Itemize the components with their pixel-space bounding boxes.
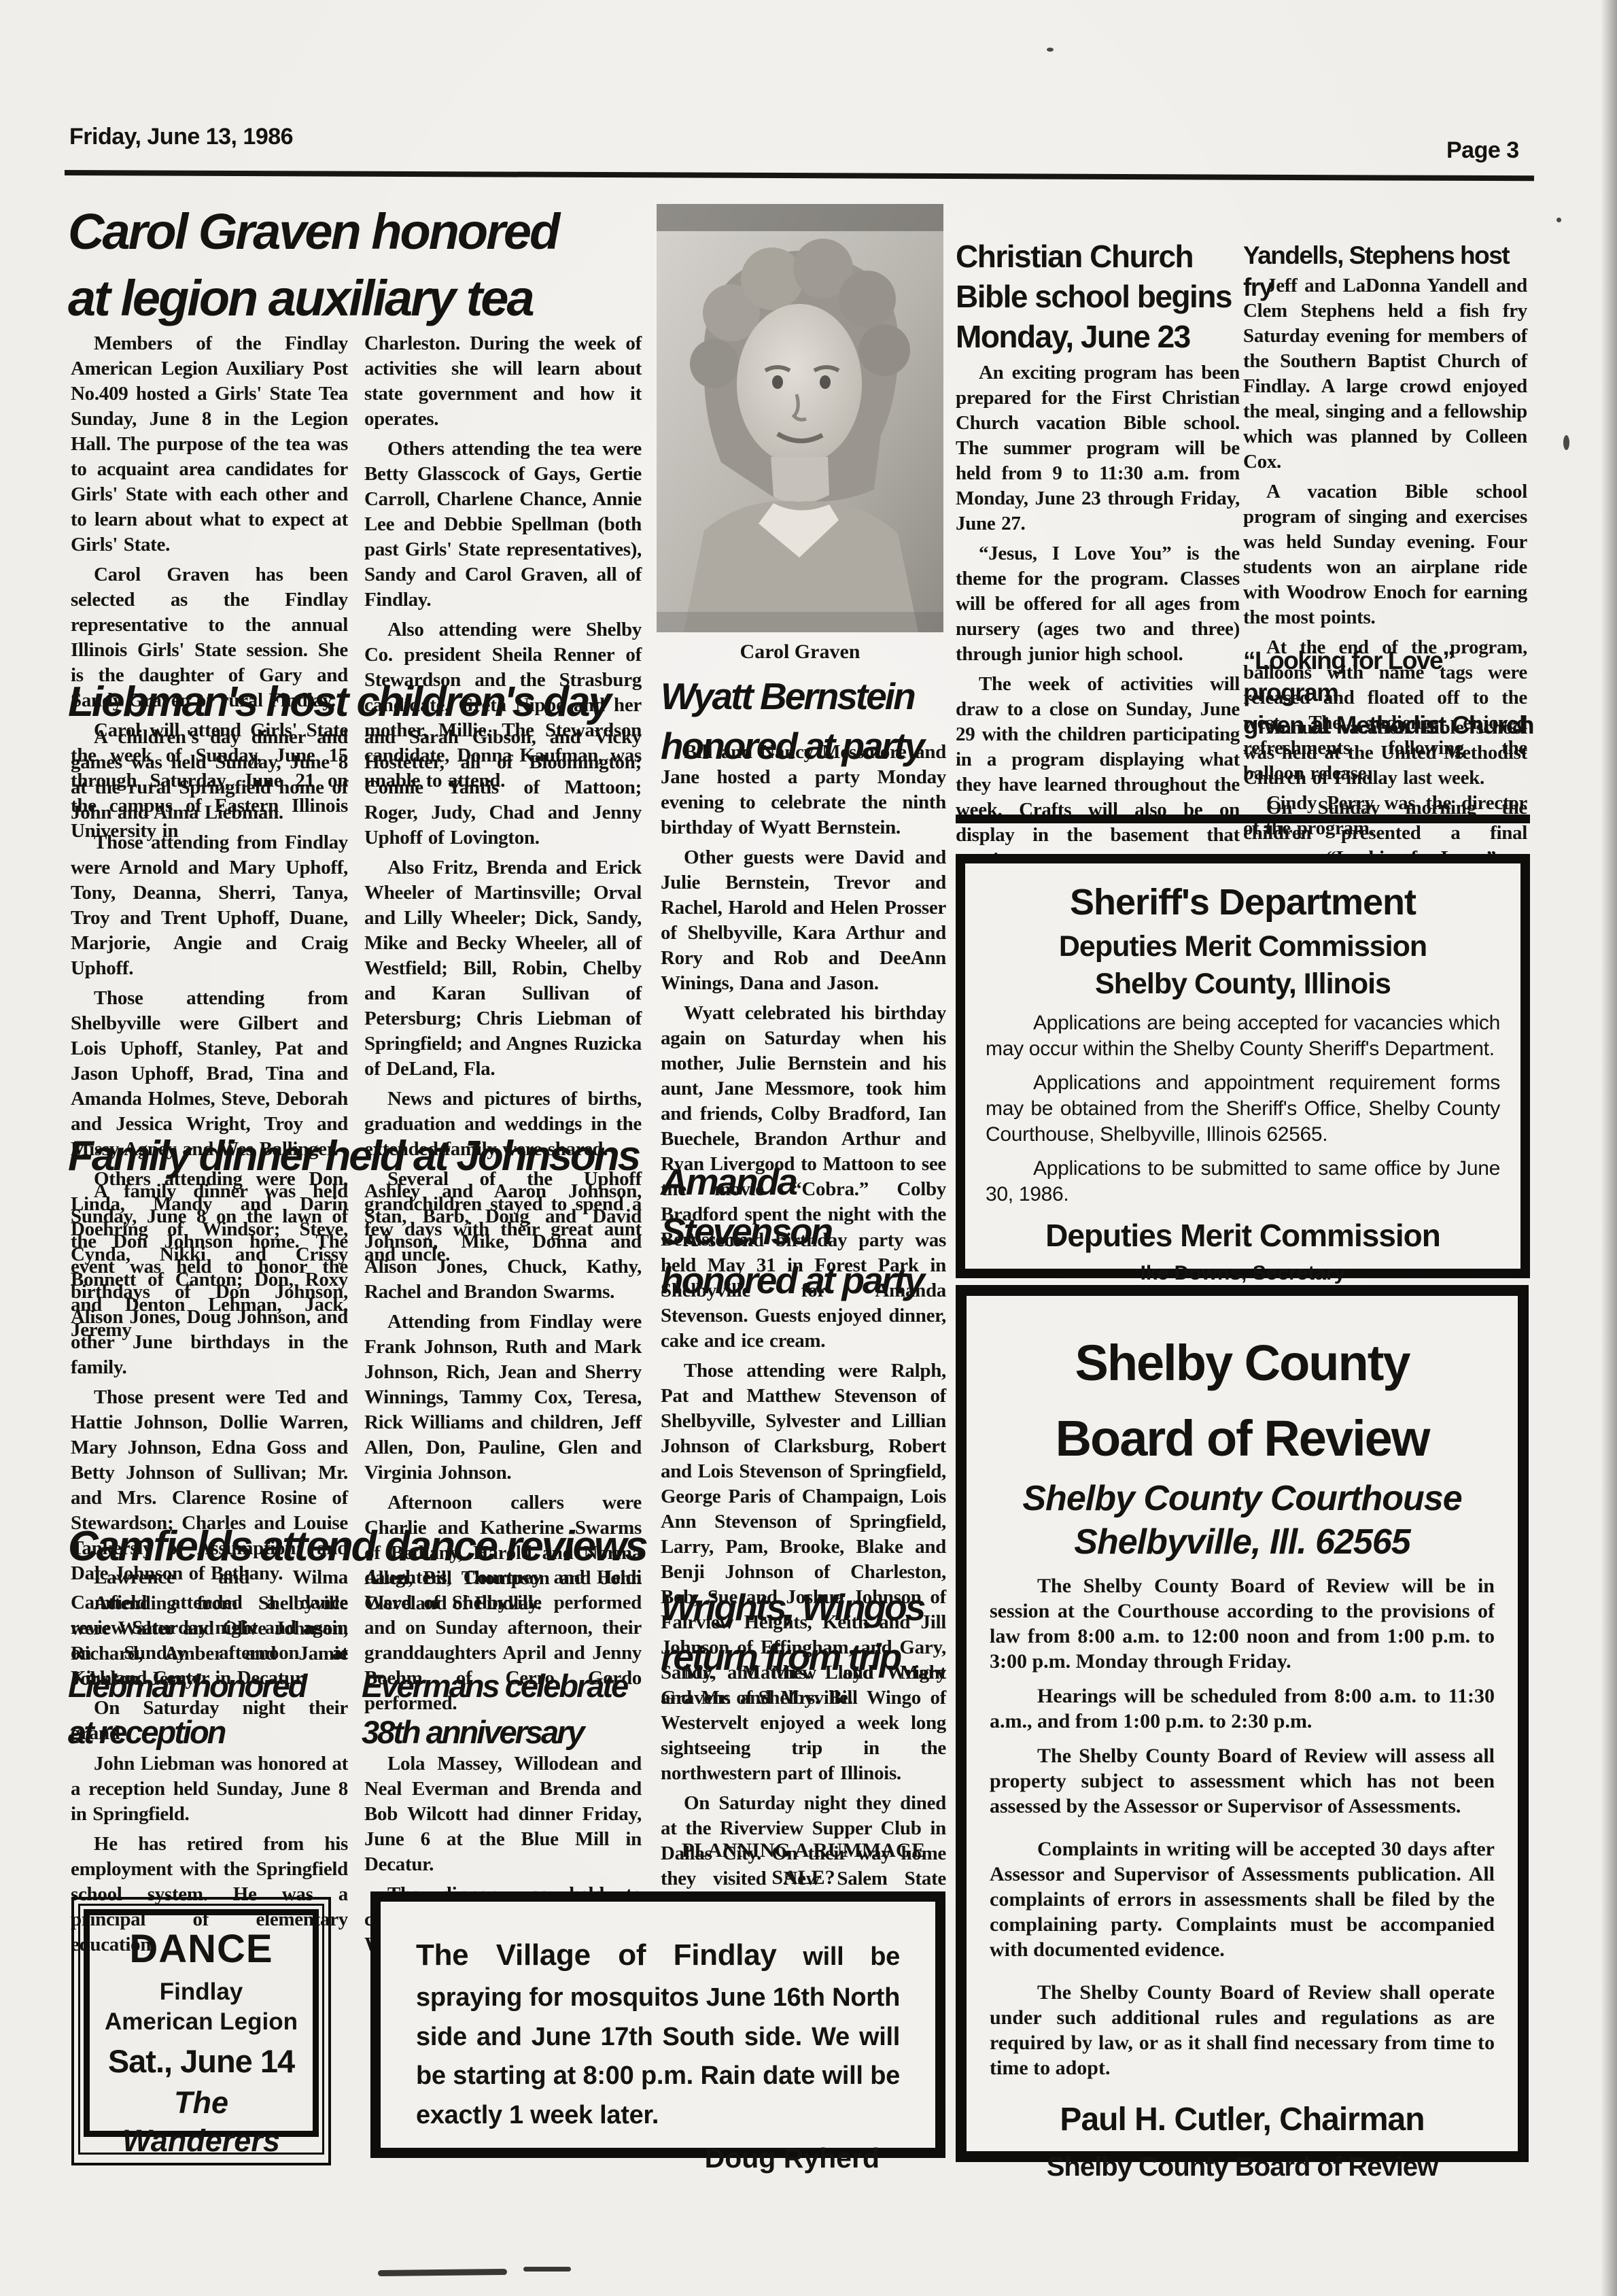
headline-line: Christian Church [956, 237, 1244, 277]
paragraph: Applications and appointment requirement… [986, 1070, 1500, 1148]
paragraph: Jeff and LaDonna Yandell and Clem Stephe… [1243, 273, 1527, 475]
headline-family-dinner: Family dinner held at Johnsons [68, 1129, 700, 1184]
ad-dance-date: Sat., June 14 [90, 2042, 313, 2080]
scan-speck [1557, 218, 1561, 222]
scan-speck [1047, 48, 1054, 52]
headline-line: Wyatt Bernstein [661, 672, 960, 721]
paragraph: An exciting program has been prepared fo… [956, 360, 1240, 536]
headline-line: Monday, June 23 [956, 317, 1244, 357]
headline-line: Bible school begins [956, 277, 1244, 317]
ad-signature-board: Shelby County Board of Review [990, 2152, 1495, 2182]
paragraph: The Shelby County Board of Review shall … [990, 1980, 1495, 2080]
ad-footer-title: Deputies Merit Commission [986, 1217, 1500, 1254]
page-number: Page 3 [1446, 137, 1519, 164]
headline-line: Liebman honored [68, 1663, 367, 1709]
paragraph: Ashley and Aaron Johnson, Stan, Barb, Do… [364, 1179, 642, 1305]
paragraph: Others attending the tea were Betty Glas… [364, 436, 642, 613]
paragraph: A second birthday party was held May 31 … [661, 1228, 946, 1354]
ad-dance-title: DANCE [90, 1926, 313, 1972]
ad-title: Board of Review [990, 1409, 1495, 1467]
paragraph: John Liebman was honored at a reception … [71, 1751, 348, 1827]
paragraph: Attending from Findlay were Frank Johnso… [364, 1309, 642, 1486]
ad-dance-band: The [90, 2085, 313, 2121]
paragraph: Lola Massey, Willodean and Neal Everman … [364, 1751, 642, 1877]
headline-line: Wrights, Wingos [661, 1583, 960, 1632]
scan-speck [1563, 435, 1569, 450]
paragraph: Other guests were David and Julie Bernst… [661, 845, 946, 996]
newspaper-page: Friday, June 13, 1986 Page 3 Carol Grave… [0, 0, 1617, 2296]
ad-village-signature: Doug Ryherd [416, 2142, 900, 2174]
headline-liebman-reception: Liebman honored at reception [68, 1663, 367, 1755]
paragraph: Also Fritz, Brenda and Erick Wheeler of … [364, 855, 642, 1082]
paragraph: Applications to be submitted to same off… [986, 1156, 1500, 1207]
headline-line: 38th anniversary [362, 1709, 667, 1755]
scan-mark-artifact [378, 2269, 507, 2276]
ad-village-of-findlay: The Village of Findlay will be spraying … [370, 1891, 945, 2158]
ad-subtitle: Shelbyville, Ill. 62565 [990, 1522, 1495, 1562]
paragraph: Complaints in writing will be accepted 3… [990, 1836, 1495, 1962]
scan-mark-artifact [523, 2267, 571, 2272]
ad-board-of-review: Shelby County Board of Review Shelby Cou… [956, 1285, 1529, 2162]
ad-footer-secretary: Ike Downs, Secretary [986, 1262, 1500, 1285]
ad-village-text: The Village of Findlay will be spraying … [416, 1933, 900, 2136]
paragraph: Charleston. During the week of activitie… [364, 331, 642, 432]
ad-title: Shelby County [990, 1334, 1495, 1392]
ad-signature-chairman: Paul H. Cutler, Chairman [990, 2101, 1495, 2138]
headline-line: “Looking for Love” program [1243, 645, 1535, 709]
headline-line: Carol Graven honored [68, 199, 693, 265]
scan-edge-artifact [1601, 0, 1617, 2296]
paragraph: A children's day dinner and games was he… [71, 725, 348, 825]
headline-evermans: Evermans celebrate 38th anniversary [362, 1663, 667, 1755]
paragraph: Those attending from Findlay were Arnold… [71, 830, 348, 981]
portrait-photo-graphic [657, 204, 943, 632]
ad-dance-venue: Findlay [90, 1978, 313, 2006]
paragraph: A family dinner was held Sunday, June 8 … [71, 1179, 348, 1380]
paragraph: and Sarah Gibson, and Vicky Hostetter, a… [364, 725, 642, 851]
headline-line: Evermans celebrate [362, 1663, 667, 1709]
ad-dance-band: Wanderers [90, 2123, 313, 2159]
paragraph: The Shelby County Board of Review will b… [990, 1573, 1495, 1674]
headline-line: at legion auxiliary tea [68, 265, 693, 332]
ad-title: Sheriff's Department [986, 881, 1500, 923]
headline-liebmans-childrens-day: Liebman's host children's day [68, 674, 693, 730]
paragraph: Mr. and Mrs. Lloyd Wright and Mr. and Mr… [661, 1660, 946, 1786]
paragraph: Applications are being accepted for vaca… [986, 1010, 1500, 1062]
paragraph: Bill and Nancy Messmore and Jane hosted … [661, 740, 946, 840]
photo-carol-graven [657, 204, 943, 632]
ad-subtitle: Deputies Merit Commission [986, 930, 1500, 963]
page-date: Friday, June 13, 1986 [69, 124, 293, 150]
paragraph: The Shelby County Board of Review will a… [990, 1743, 1495, 1819]
photo-caption: Carol Graven [657, 640, 943, 664]
paragraph: Annual vacation Bible school was held at… [1243, 715, 1527, 791]
ad-dance-venue: American Legion [90, 2008, 313, 2036]
paragraph: The week of activities will draw to a cl… [956, 672, 1240, 873]
notice-line: PLANNING A RUMMAGE SALE? [661, 1837, 946, 1891]
headline-christian-church: Christian Church Bible school begins Mon… [956, 237, 1244, 357]
headline-carol-graven: Carol Graven honored at legion auxiliary… [68, 199, 693, 331]
ad-village-lead: The Village of Findlay [416, 1938, 777, 1972]
header-rule [65, 170, 1534, 181]
ad-dance: DANCE Findlay American Legion Sat., June… [71, 1897, 331, 2165]
section-divider-rule [956, 815, 1530, 823]
paragraph: “Jesus, I Love You” is the theme for the… [956, 541, 1240, 667]
ad-sheriffs-department: Sheriff's Department Deputies Merit Comm… [956, 854, 1530, 1278]
article-looking-for-love: Annual vacation Bible school was held at… [1243, 715, 1527, 876]
paragraph: A vacation Bible school program of singi… [1243, 479, 1527, 630]
paragraph: Members of the Findlay American Legion A… [71, 331, 348, 558]
paragraph: Hearings will be scheduled from 8:00 a.m… [990, 1683, 1495, 1734]
ad-subtitle: Shelby County Courthouse [990, 1478, 1495, 1519]
ad-subtitle: Shelby County, Illinois [986, 967, 1500, 1001]
headline-line: at reception [68, 1709, 367, 1755]
